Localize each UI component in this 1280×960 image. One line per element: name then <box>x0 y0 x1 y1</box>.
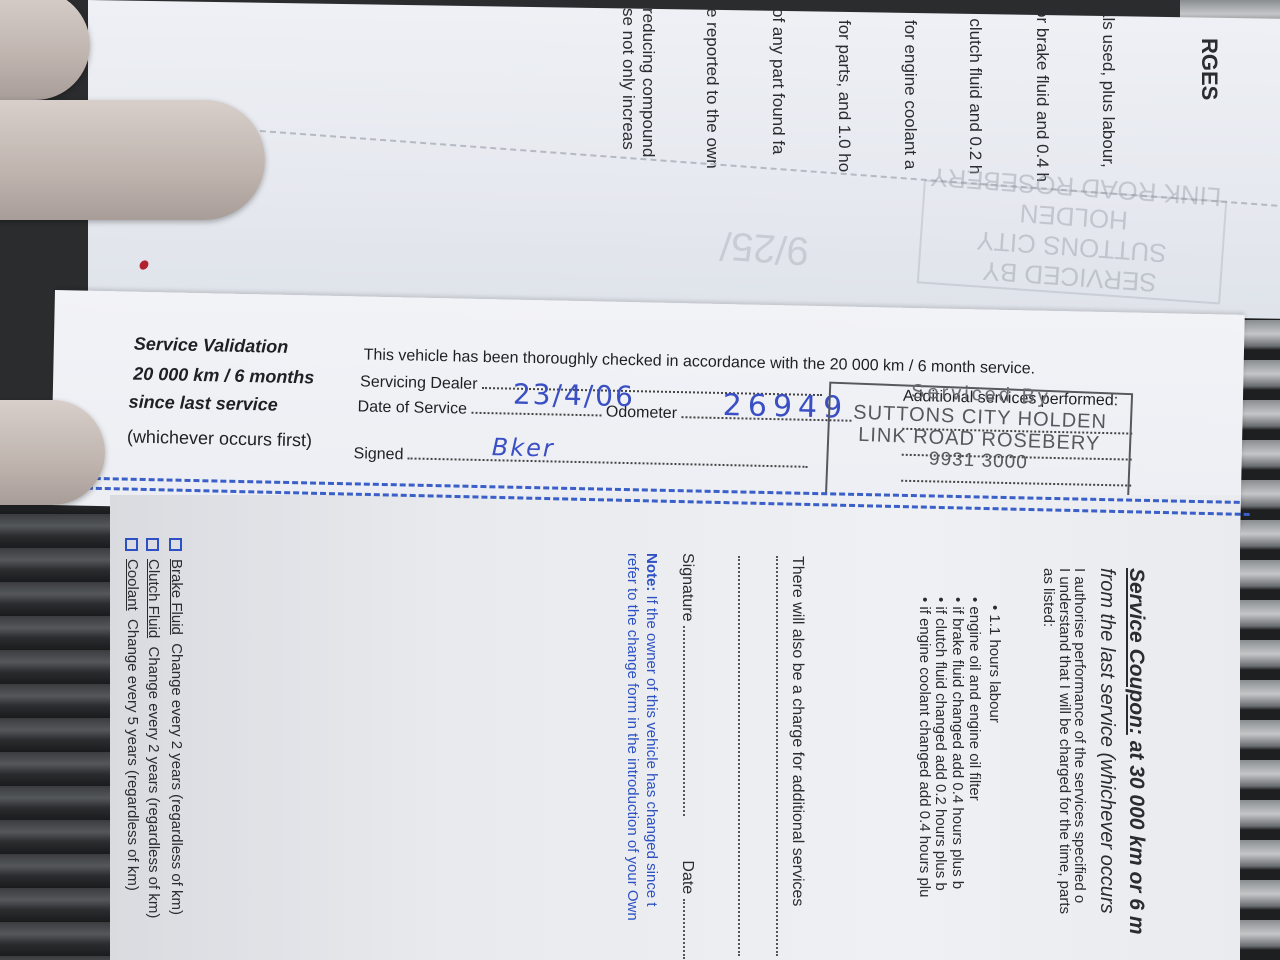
top-line: e reported to the own <box>702 8 722 169</box>
coupon-bullet: • if engine coolant changed add 0.4 hour… <box>916 597 933 897</box>
coupon-bullet: • 1.1 hours labour <box>986 605 1003 723</box>
fluid-name: Coolant <box>124 559 141 611</box>
dotted-line <box>683 626 685 816</box>
top-heading-fragment: RGES <box>1196 38 1222 100</box>
top-line: or brake fluid and 0.4 h <box>1032 8 1052 182</box>
top-line: r clutch fluid and 0.2 h <box>965 8 985 174</box>
additional-services-line[interactable] <box>774 556 778 956</box>
date-label: Date <box>679 860 696 894</box>
fluid-item-brake[interactable]: Brake Fluid Change every 2 years (regard… <box>168 538 185 915</box>
dotted-line <box>408 445 808 467</box>
signature-field[interactable]: Signature Date <box>678 553 696 959</box>
additional-services-line[interactable] <box>736 556 740 956</box>
note-label: Note: <box>643 553 660 591</box>
coupon-title: Service Coupon: at 30 000 km or 6 m <box>1124 568 1148 935</box>
ownership-note-line2: refer to the change form in the introduc… <box>624 553 641 921</box>
authorise-line: I authorise performance of the services … <box>1071 568 1088 903</box>
signature-label: Signature <box>679 553 696 622</box>
validation-note: (whichever occurs first) <box>127 427 312 452</box>
dotted-line <box>683 899 685 959</box>
coupon-title-label: Service Coupon: <box>1125 568 1148 735</box>
checkbox[interactable] <box>169 538 182 551</box>
authorise-line: I understand that I will be charged for … <box>1056 568 1073 914</box>
fluid-item-coolant[interactable]: Coolant Change every 5 years (regardless… <box>124 538 141 891</box>
coupon-bullet: • if clutch fluid changed add 0.2 hours … <box>932 597 949 891</box>
signed-label: Signed <box>353 445 403 463</box>
additional-charge-text: There will also be a charge for addition… <box>788 556 806 906</box>
fluid-desc: Change every 2 years (regardless of km) <box>168 643 185 915</box>
coupon-bullet: • engine oil and engine oil filter <box>966 597 983 801</box>
top-line: se not only increas <box>618 8 638 150</box>
checkbox[interactable] <box>146 538 159 551</box>
validation-title: Service Validation <box>134 334 289 358</box>
coupon-title-rest: at 30 000 km or 6 m <box>1125 735 1148 935</box>
date-of-service-value: 23/4/06 <box>513 378 636 414</box>
fluid-name: Clutch Fluid <box>145 559 162 638</box>
date-of-service-label: Date of Service <box>357 398 467 417</box>
servicing-dealer-label: Servicing Dealer <box>360 373 478 392</box>
thumb <box>0 400 105 505</box>
fluid-desc: Change every 2 years (regardless of km) <box>145 647 162 919</box>
authorise-line: as listed: <box>1040 568 1057 627</box>
top-line: reducing compound <box>638 8 658 157</box>
signed-field[interactable]: Signed <box>353 444 808 473</box>
validation-interval: 20 000 km / 6 months <box>133 364 314 389</box>
fluid-item-clutch[interactable]: Clutch Fluid Change every 2 years (regar… <box>145 538 162 918</box>
service-validation-strip: Service Validation 20 000 km / 6 months … <box>50 290 1244 530</box>
top-line: for parts, and 1.0 ho <box>834 20 854 172</box>
fluid-name: Brake Fluid <box>168 559 185 635</box>
top-line: of any part found fa <box>768 8 788 155</box>
validation-since: since last service <box>128 392 278 416</box>
checkbox[interactable] <box>125 538 138 551</box>
top-line: als used, plus labour, <box>1098 8 1118 168</box>
top-line: for engine coolant a <box>900 20 920 169</box>
fluid-desc: Change every 5 years (regardless of km) <box>124 619 141 891</box>
note-line: If the owner of this vehicle has changed… <box>643 591 660 906</box>
ownership-note: Note: If the owner of this vehicle has c… <box>643 553 660 907</box>
bleed-through-stamp: SERVICED BY SUTTONS CITY HOLDEN LINK ROA… <box>917 180 1228 305</box>
bleed-through-date: 9/25/ <box>719 222 811 273</box>
finger-middle <box>0 100 265 220</box>
coupon-bullet: • if brake fluid changed add 0.4 hours p… <box>949 597 966 889</box>
signature-value: Bker <box>492 433 556 462</box>
finger-top <box>0 0 90 100</box>
coupon-subtitle: from the last service (whichever occurs <box>1095 568 1118 914</box>
